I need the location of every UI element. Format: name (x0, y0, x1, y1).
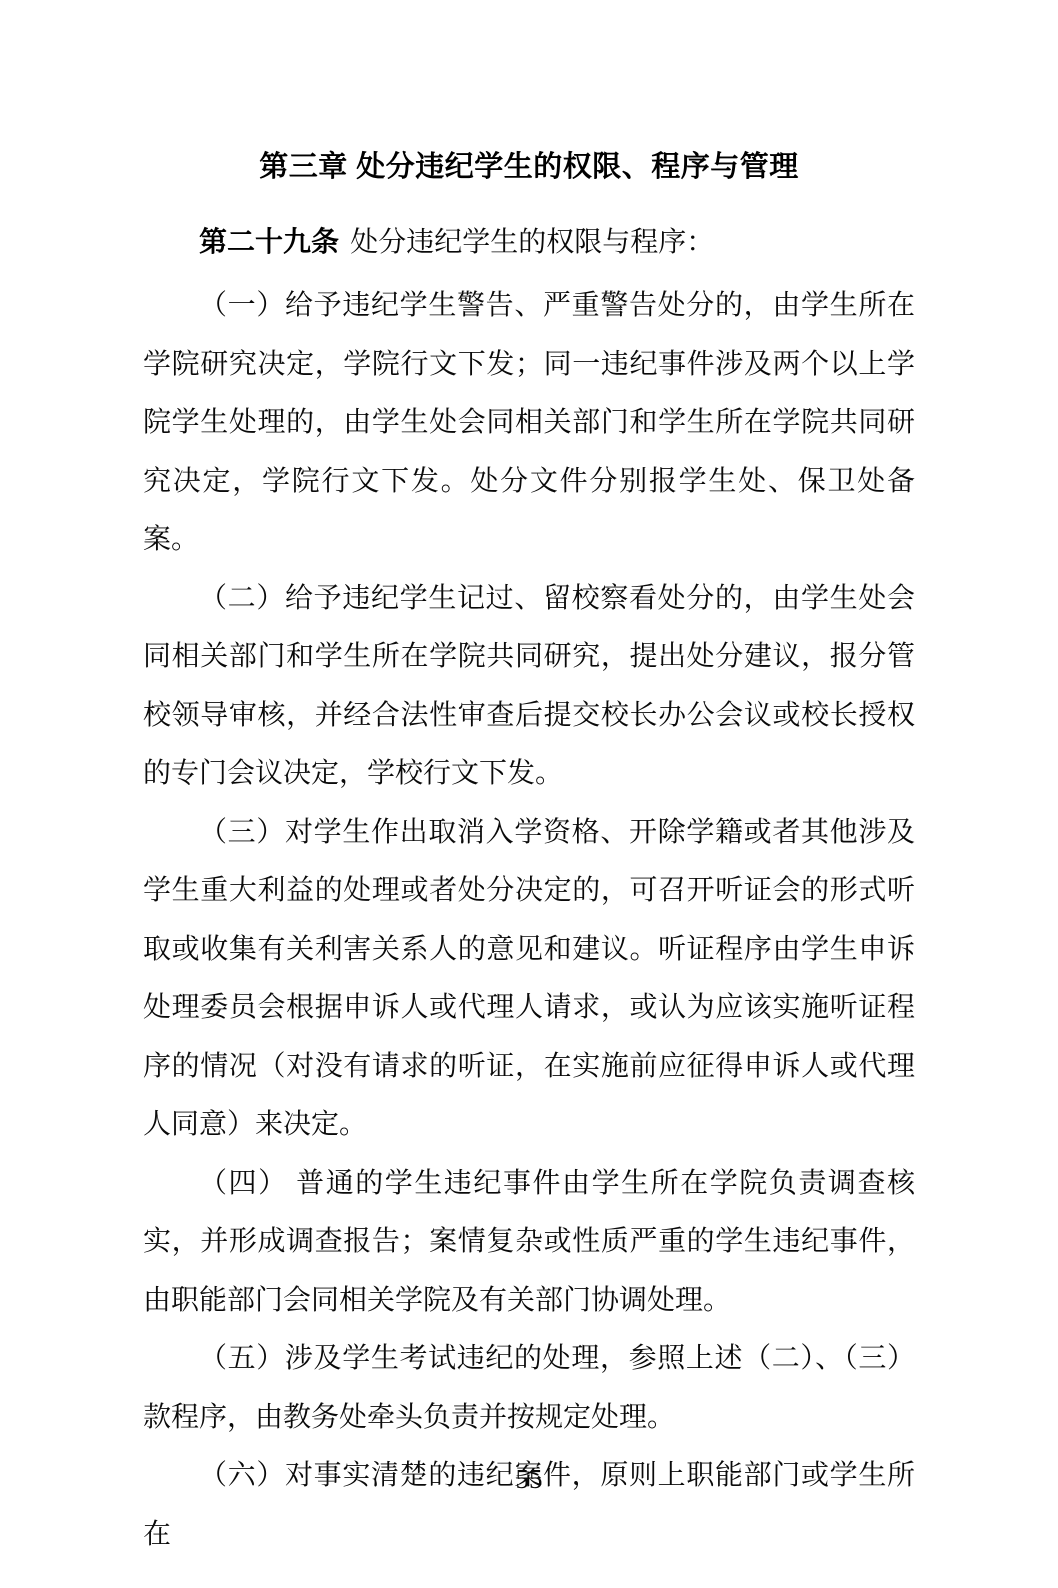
chapter-title: 第三章 处分违纪学生的权限、程序与管理 (143, 149, 915, 185)
article-body: （一）给予违纪学生警告、严重警告处分的，由学生所在学院研究决定，学院行文下发；同… (143, 277, 915, 1564)
document-page: 第三章 处分违纪学生的权限、程序与管理 第二十九条处分违纪学生的权限与程序： （… (0, 0, 1058, 1588)
article-heading-line: 第二十九条处分违纪学生的权限与程序： (143, 224, 915, 261)
article-heading: 处分违纪学生的权限与程序： (350, 227, 714, 258)
paragraph-item-2: （二）给予违纪学生记过、留校察看处分的，由学生处会同相关部门和学生所在学院共同研… (143, 570, 915, 804)
paragraph-item-4: （四） 普通的学生违纪事件由学生所在学院负责调查核实，并形成调查报告；案情复杂或… (143, 1155, 915, 1331)
paragraph-item-5: （五）涉及学生考试违纪的处理，参照上述（二）、（三）款程序，由教务处牵头负责并按… (143, 1330, 915, 1447)
paragraph-item-3: （三）对学生作出取消入学资格、开除学籍或者其他涉及学生重大利益的处理或者处分决定… (143, 804, 915, 1155)
article-number: 第二十九条 (199, 226, 339, 257)
page-number: 55 (0, 1464, 1058, 1494)
paragraph-item-1: （一）给予违纪学生警告、严重警告处分的，由学生所在学院研究决定，学院行文下发；同… (143, 277, 915, 570)
